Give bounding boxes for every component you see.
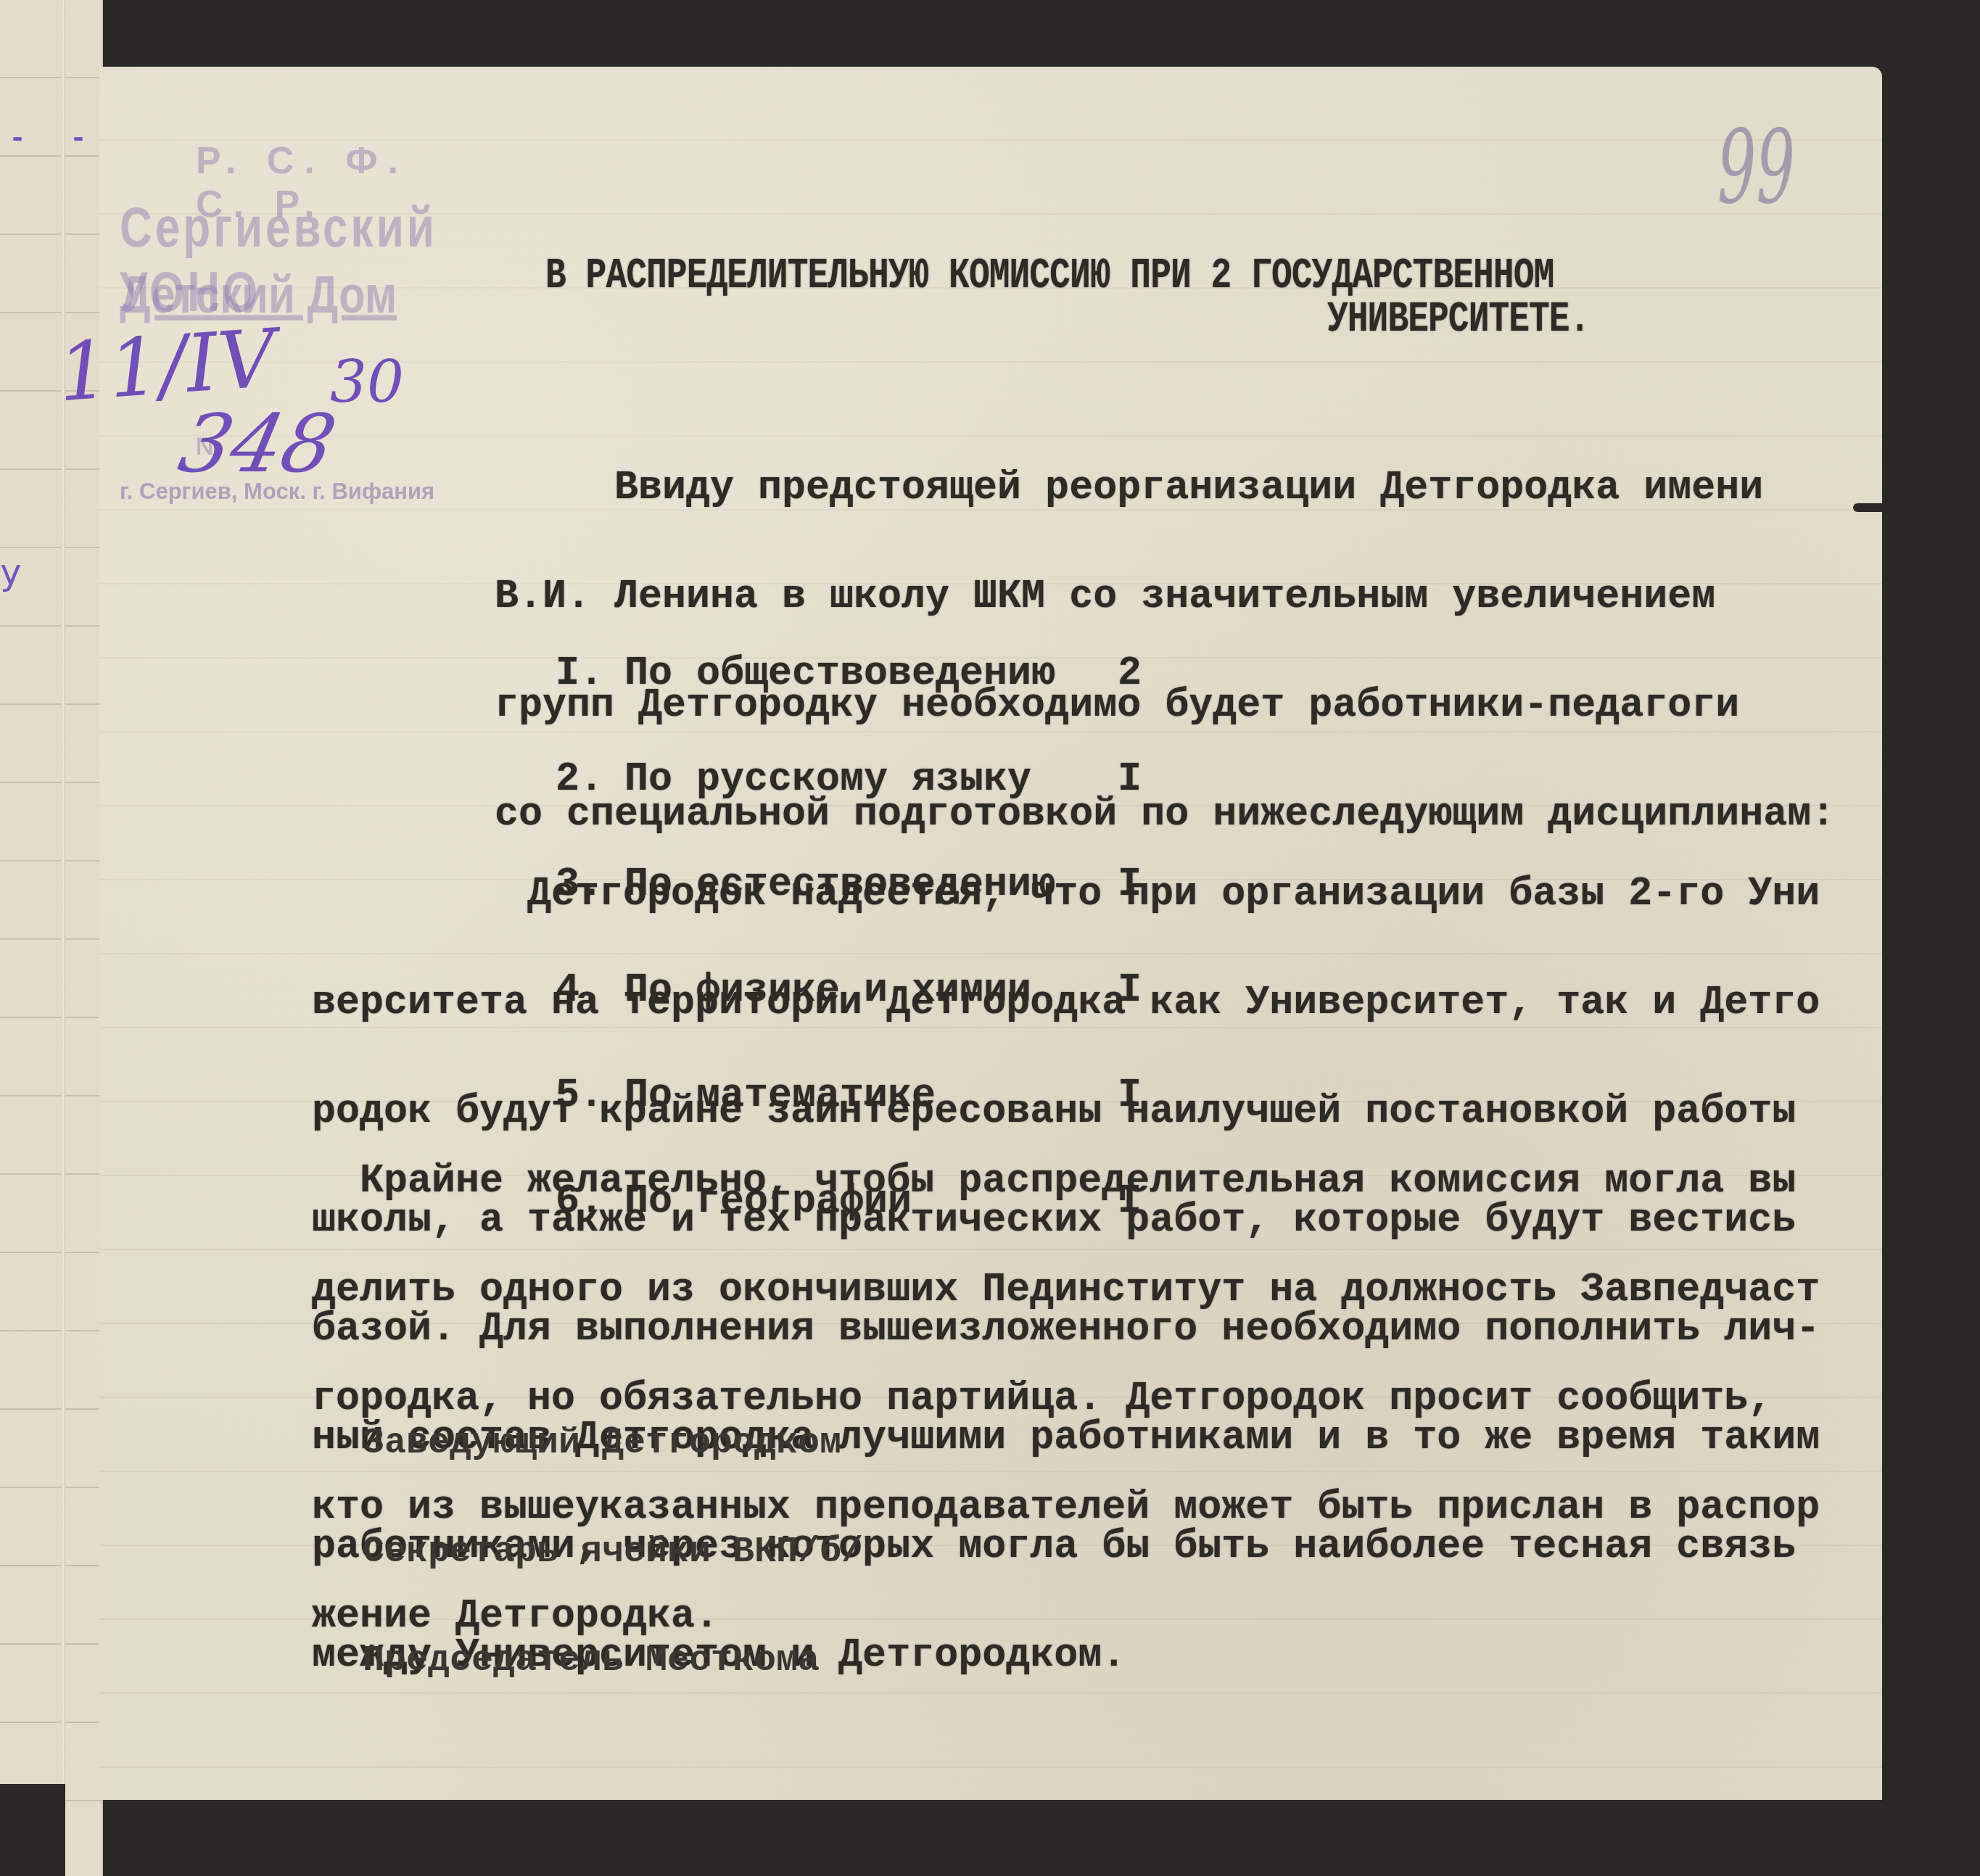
text-line: Крайне желательно, чтобы распределительн… — [312, 1163, 1820, 1199]
handwritten-registration-number: 348 — [171, 397, 343, 490]
document-title-line2: УНИВЕРСИТЕТЕ. — [1327, 297, 1589, 343]
background-corner — [0, 1784, 65, 1876]
text-line: кто из вышеуказанных преподавателей може… — [312, 1489, 1820, 1526]
adjacent-page-strip — [0, 0, 103, 1876]
text-line: верситета на территории Детгородка как У… — [312, 985, 1820, 1021]
paper-tear-mark — [1853, 503, 1882, 512]
paragraph-request: Крайне желательно, чтобы распределительн… — [312, 1091, 1820, 1671]
item-number: 2. — [556, 762, 624, 798]
item-count: I — [1118, 762, 1142, 798]
item-subject: По обществоведению — [624, 656, 1118, 692]
text-line: делить одного из окончивших Пединститут … — [312, 1272, 1820, 1308]
document-title-line1: В РАСПРЕДЕЛИТЕЛЬНУЮ КОМИССИЮ ПРИ 2 ГОСУД… — [545, 254, 1554, 299]
list-item: 2. По русскому языку I — [556, 762, 1142, 798]
text-line: Детгородок надеется, что при организации… — [312, 876, 1820, 912]
item-subject: По русскому языку — [624, 762, 1118, 798]
text-line: Ввиду предстоящей реорганизации Детгород… — [495, 470, 1835, 506]
text-line: городка, но обязательно партийца. Детгор… — [312, 1381, 1820, 1417]
signature-head-of-detgorodok: Заведующий Детгородком — [363, 1423, 841, 1464]
stamp-line-rsfsr: Р. С. Ф. С. Р. — [196, 139, 424, 196]
text-line: жение Детгородка. — [312, 1598, 1820, 1635]
item-number: I. — [556, 656, 624, 692]
list-item: I. По обществоведению 2 — [556, 656, 1142, 692]
signature-local-committee-chair: Председатель Месткома — [363, 1640, 820, 1682]
page-fold — [61, 0, 65, 1876]
item-count: 2 — [1118, 656, 1142, 692]
signature-party-cell-secretary: Секретарь ячейки ВКП/б/ — [363, 1532, 863, 1573]
margin-ink-letter: у — [0, 551, 22, 593]
archive-page-number: 99 — [1717, 109, 1795, 227]
margin-ink-marks: - - — [9, 123, 100, 156]
